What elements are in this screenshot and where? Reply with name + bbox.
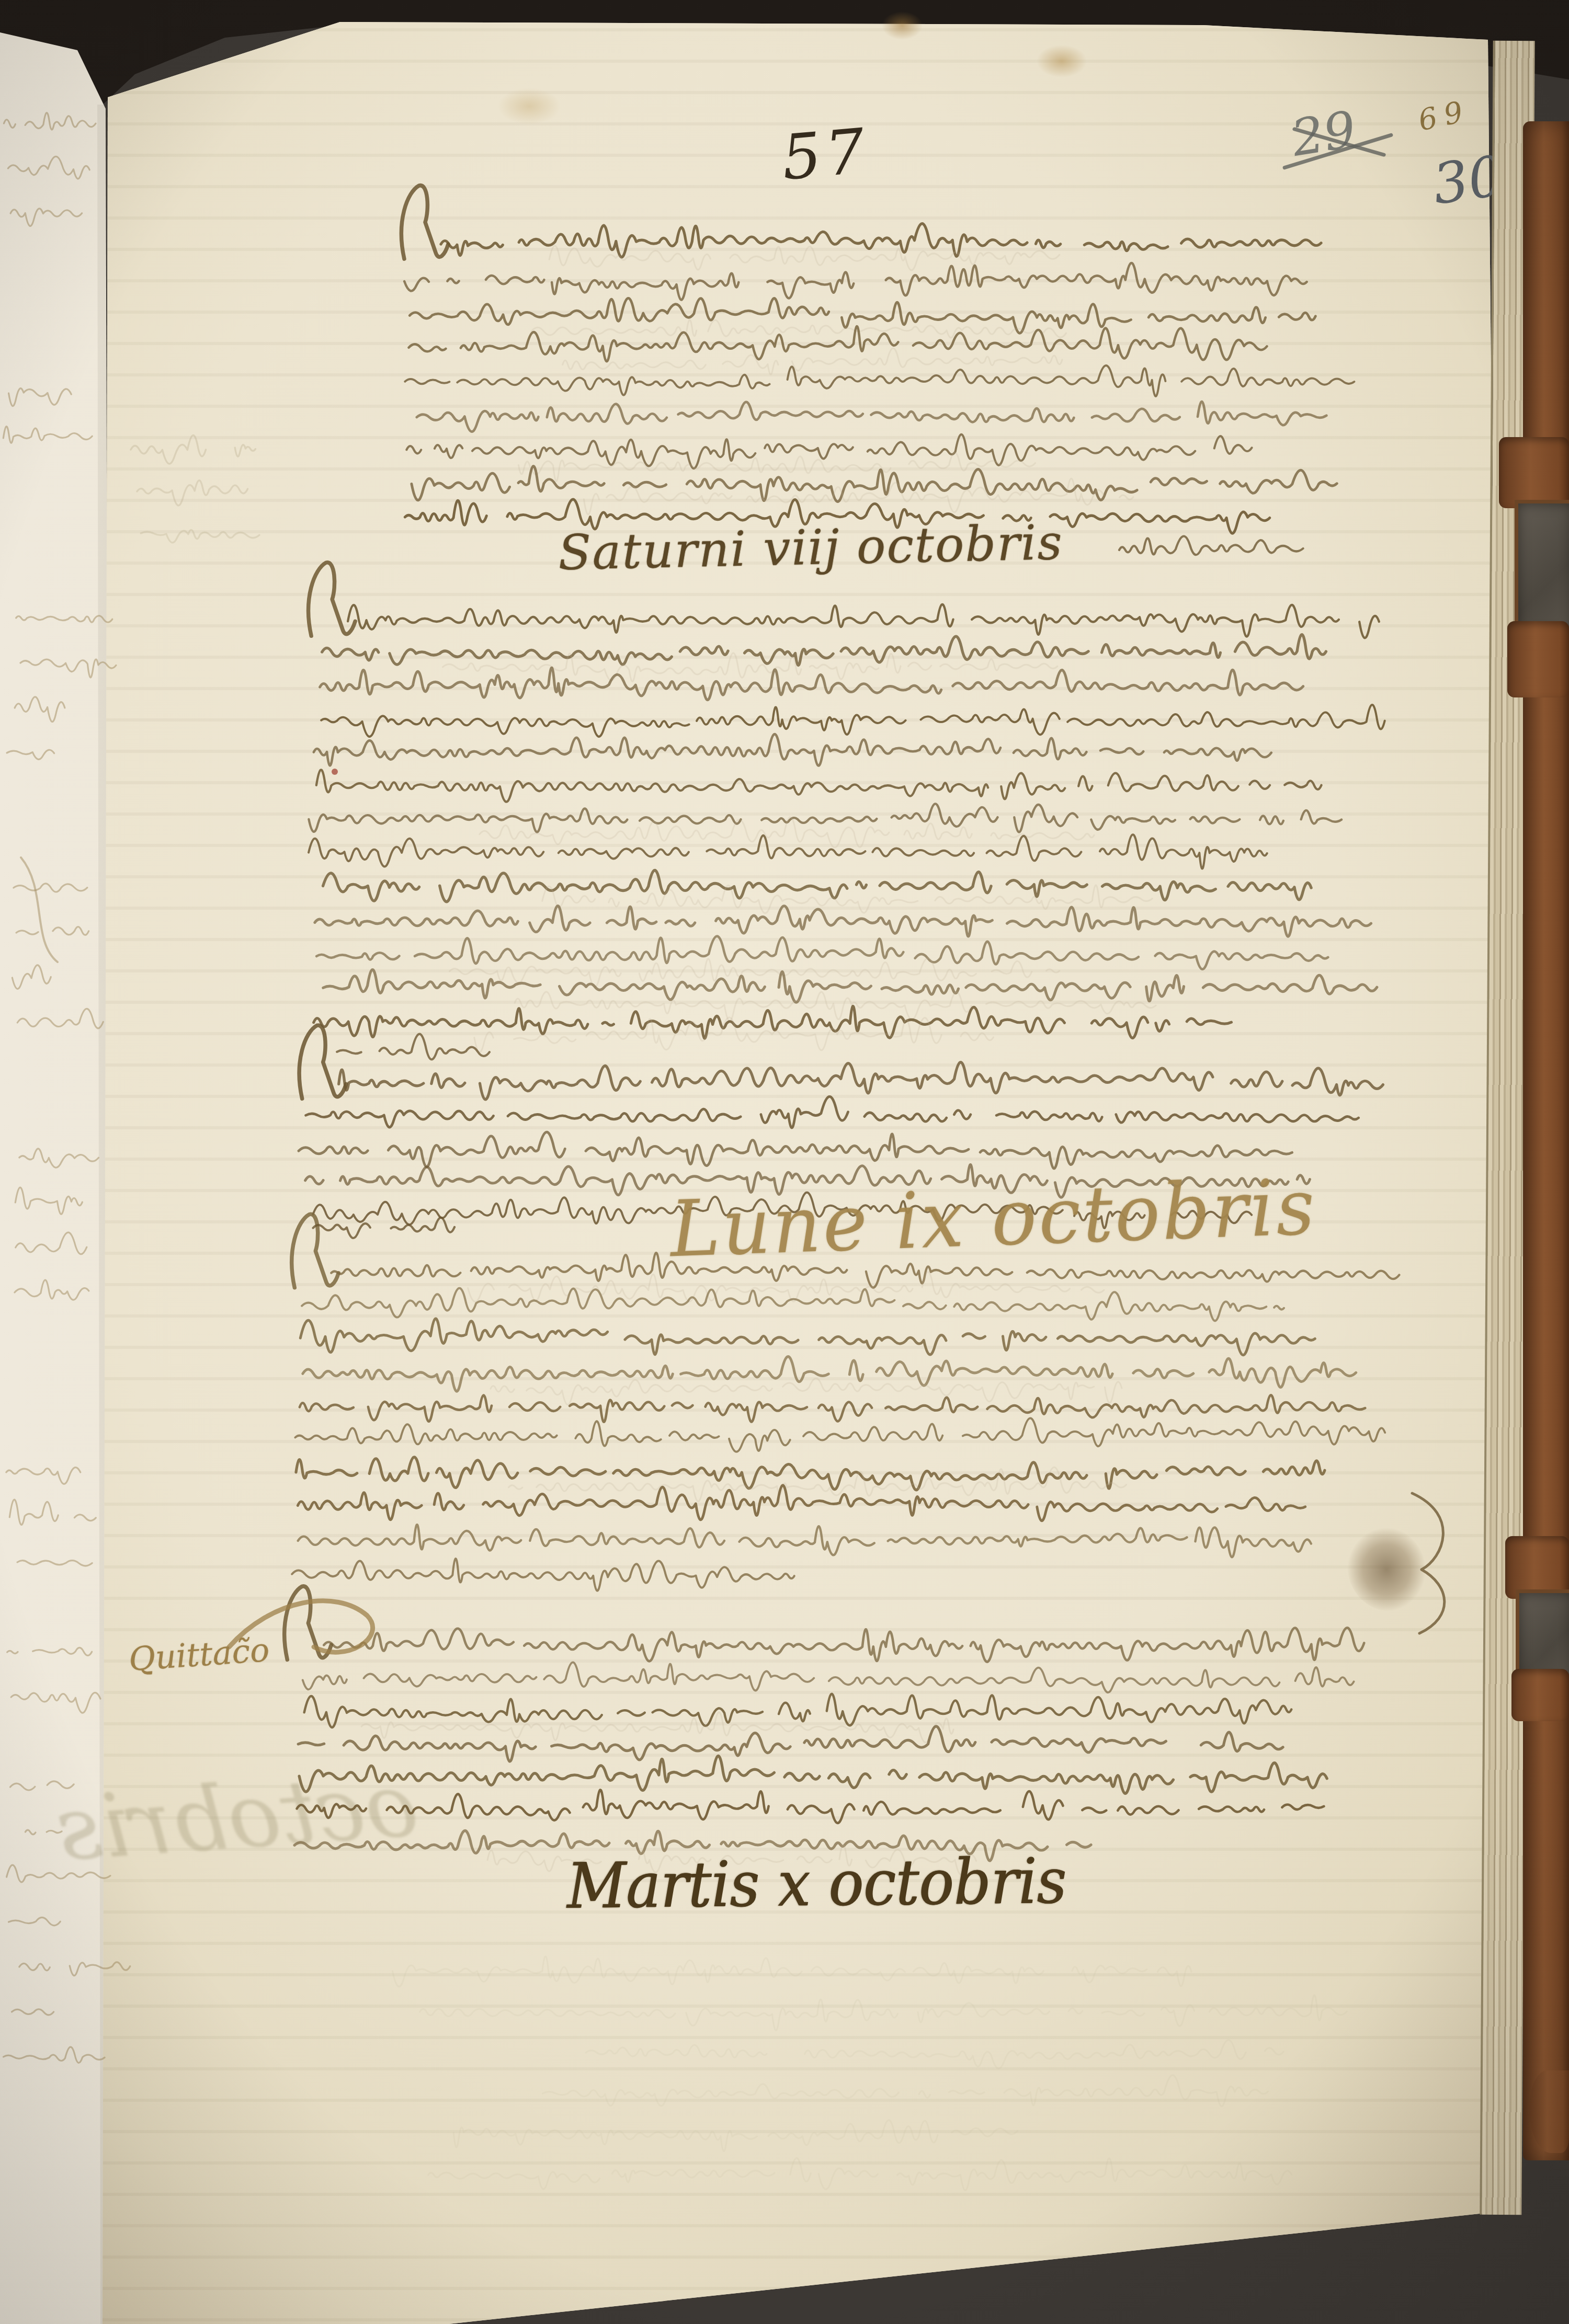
marginal-note-quittatio: Quittac̃o — [128, 1634, 270, 1676]
heading-monday: Lune ix octobris — [669, 1168, 1318, 1268]
heading-saturday: Saturni viij octobris — [515, 518, 1107, 578]
manuscript-photo: octobris 57 29 69 30 Saturni viij octobr… — [0, 0, 1569, 2324]
handwriting-layer — [0, 0, 1569, 2324]
clasp-strap-bottom — [1511, 1669, 1569, 1721]
clasp-strap-top — [1499, 437, 1569, 508]
leather-cover-edge — [1523, 121, 1569, 2160]
clasp-strap-bottom — [1507, 621, 1569, 697]
folio-number-ink: 57 — [779, 120, 871, 189]
clasp-metal-plate — [1515, 500, 1569, 637]
heading-tuesday: Martis x octobris — [566, 1850, 1066, 1918]
